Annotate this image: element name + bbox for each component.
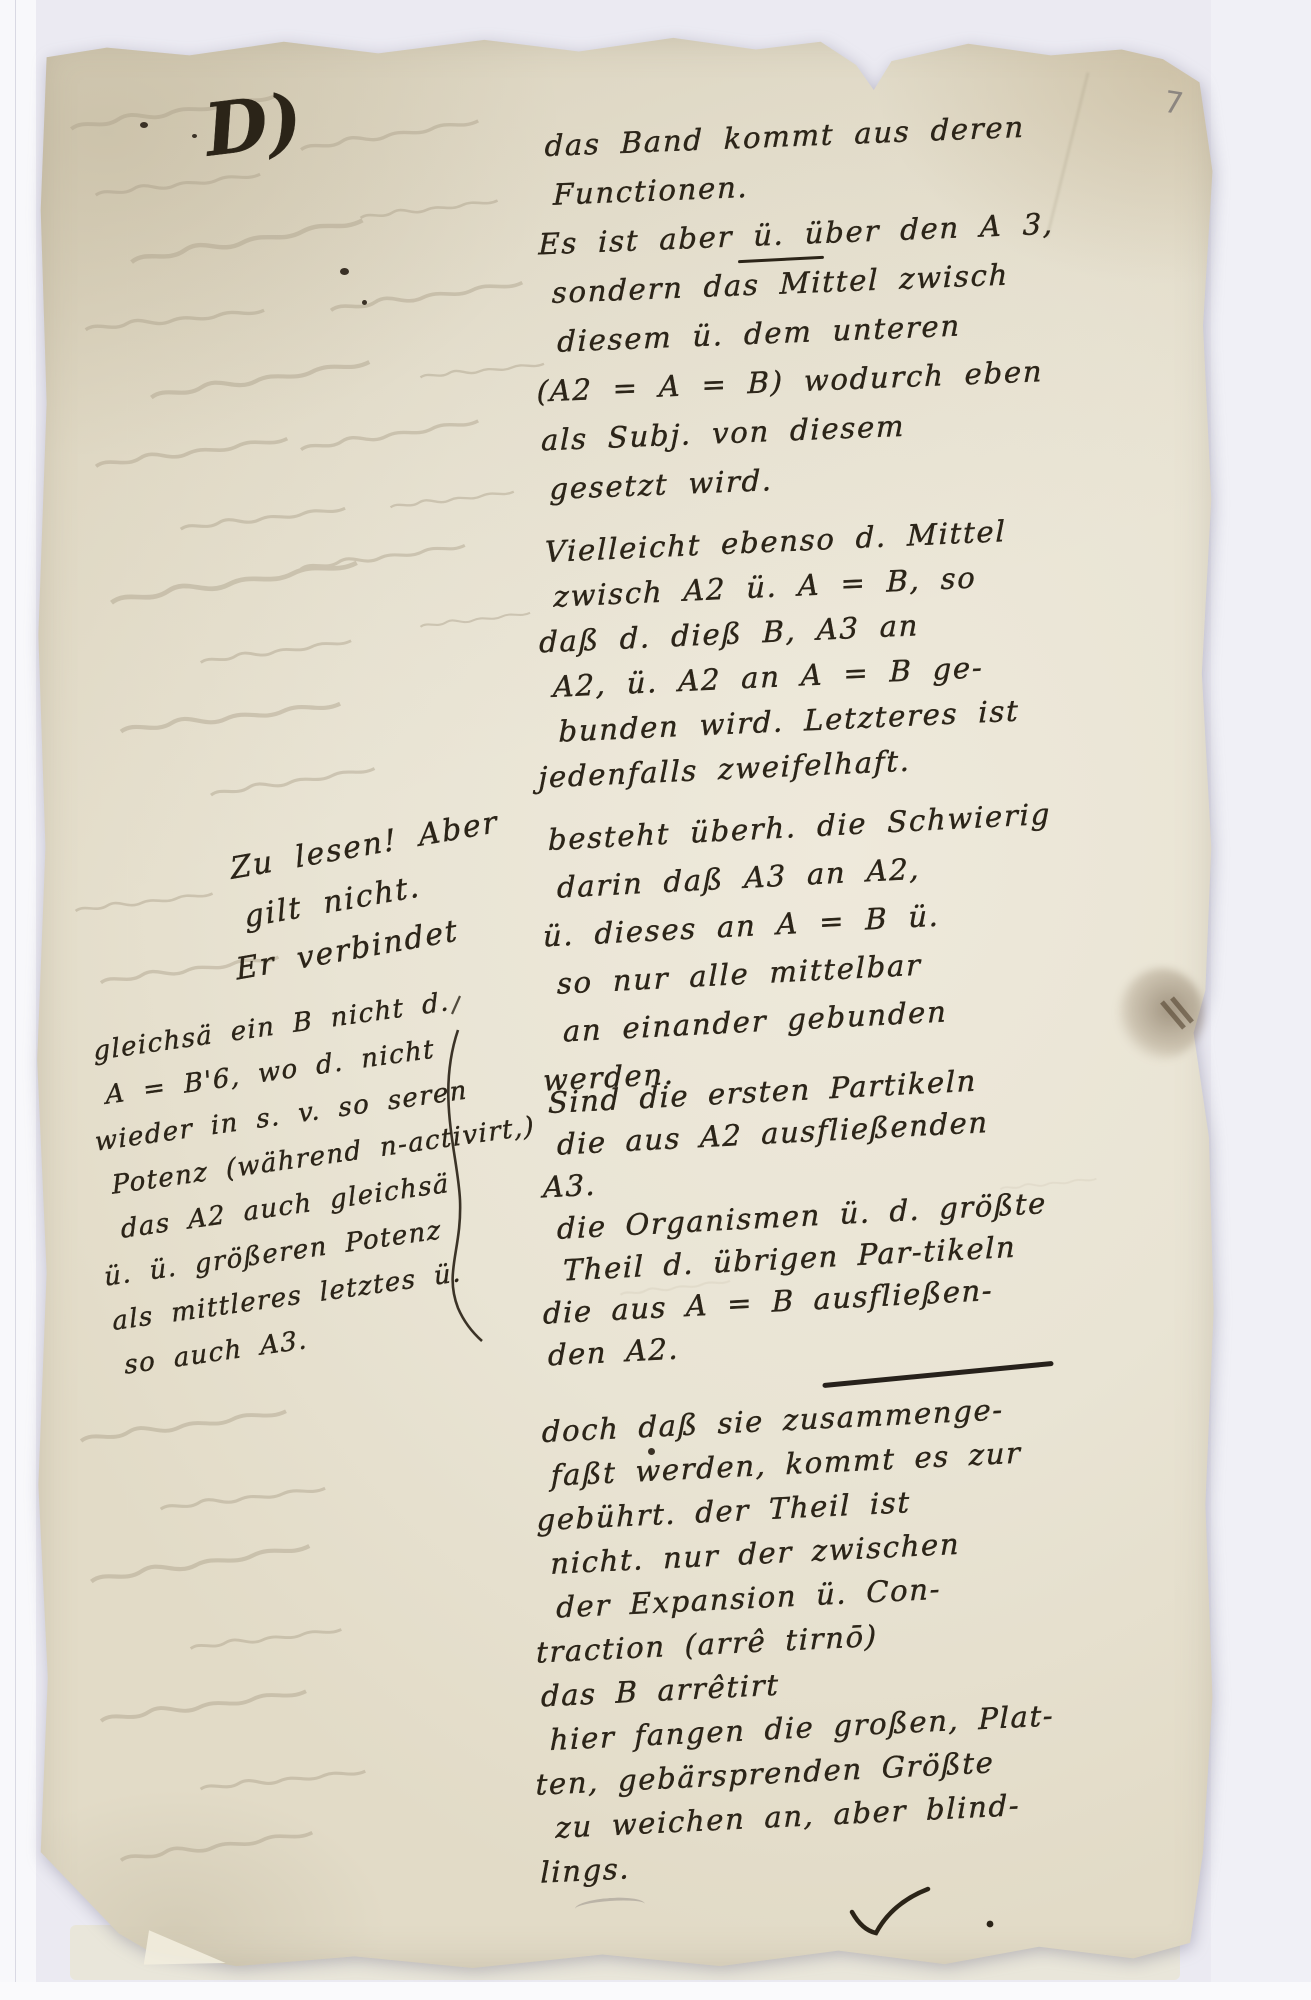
- ink-speck: [362, 300, 367, 305]
- scanner-edge-line: [15, 0, 16, 2000]
- scanner-background-left: [0, 0, 36, 2000]
- ink-stain: [1118, 968, 1204, 1060]
- right-paragraph-1: das Band kommt aus derenFunctionen.Es is…: [540, 101, 1055, 514]
- scanned-manuscript-page: { "page": { "kind": "handwritten manuscr…: [0, 0, 1311, 2000]
- ink-speck: [340, 268, 349, 275]
- ink-speck: [192, 134, 197, 138]
- right-paragraph-4: Sind die ersten Partikelndie aus A2 ausf…: [548, 1056, 1047, 1377]
- section-mark: D): [200, 76, 306, 172]
- right-paragraph-3: besteht überh. die Schwierigdarin daß A3…: [548, 790, 1051, 1105]
- right-paragraph-5: doch daß sie zusammenge-faßt werden, kom…: [540, 1385, 1055, 1895]
- scanner-background-right: [1211, 0, 1311, 2000]
- left-paragraph: gleichsä ein B nicht d.A = B'6, wo d. ni…: [92, 969, 549, 1390]
- ink-speck: [140, 122, 148, 128]
- scanner-background-bottom: [0, 1982, 1311, 2000]
- right-paragraph-2: Vielleicht ebenso d. Mittelzwisch A2 ü. …: [543, 508, 1021, 800]
